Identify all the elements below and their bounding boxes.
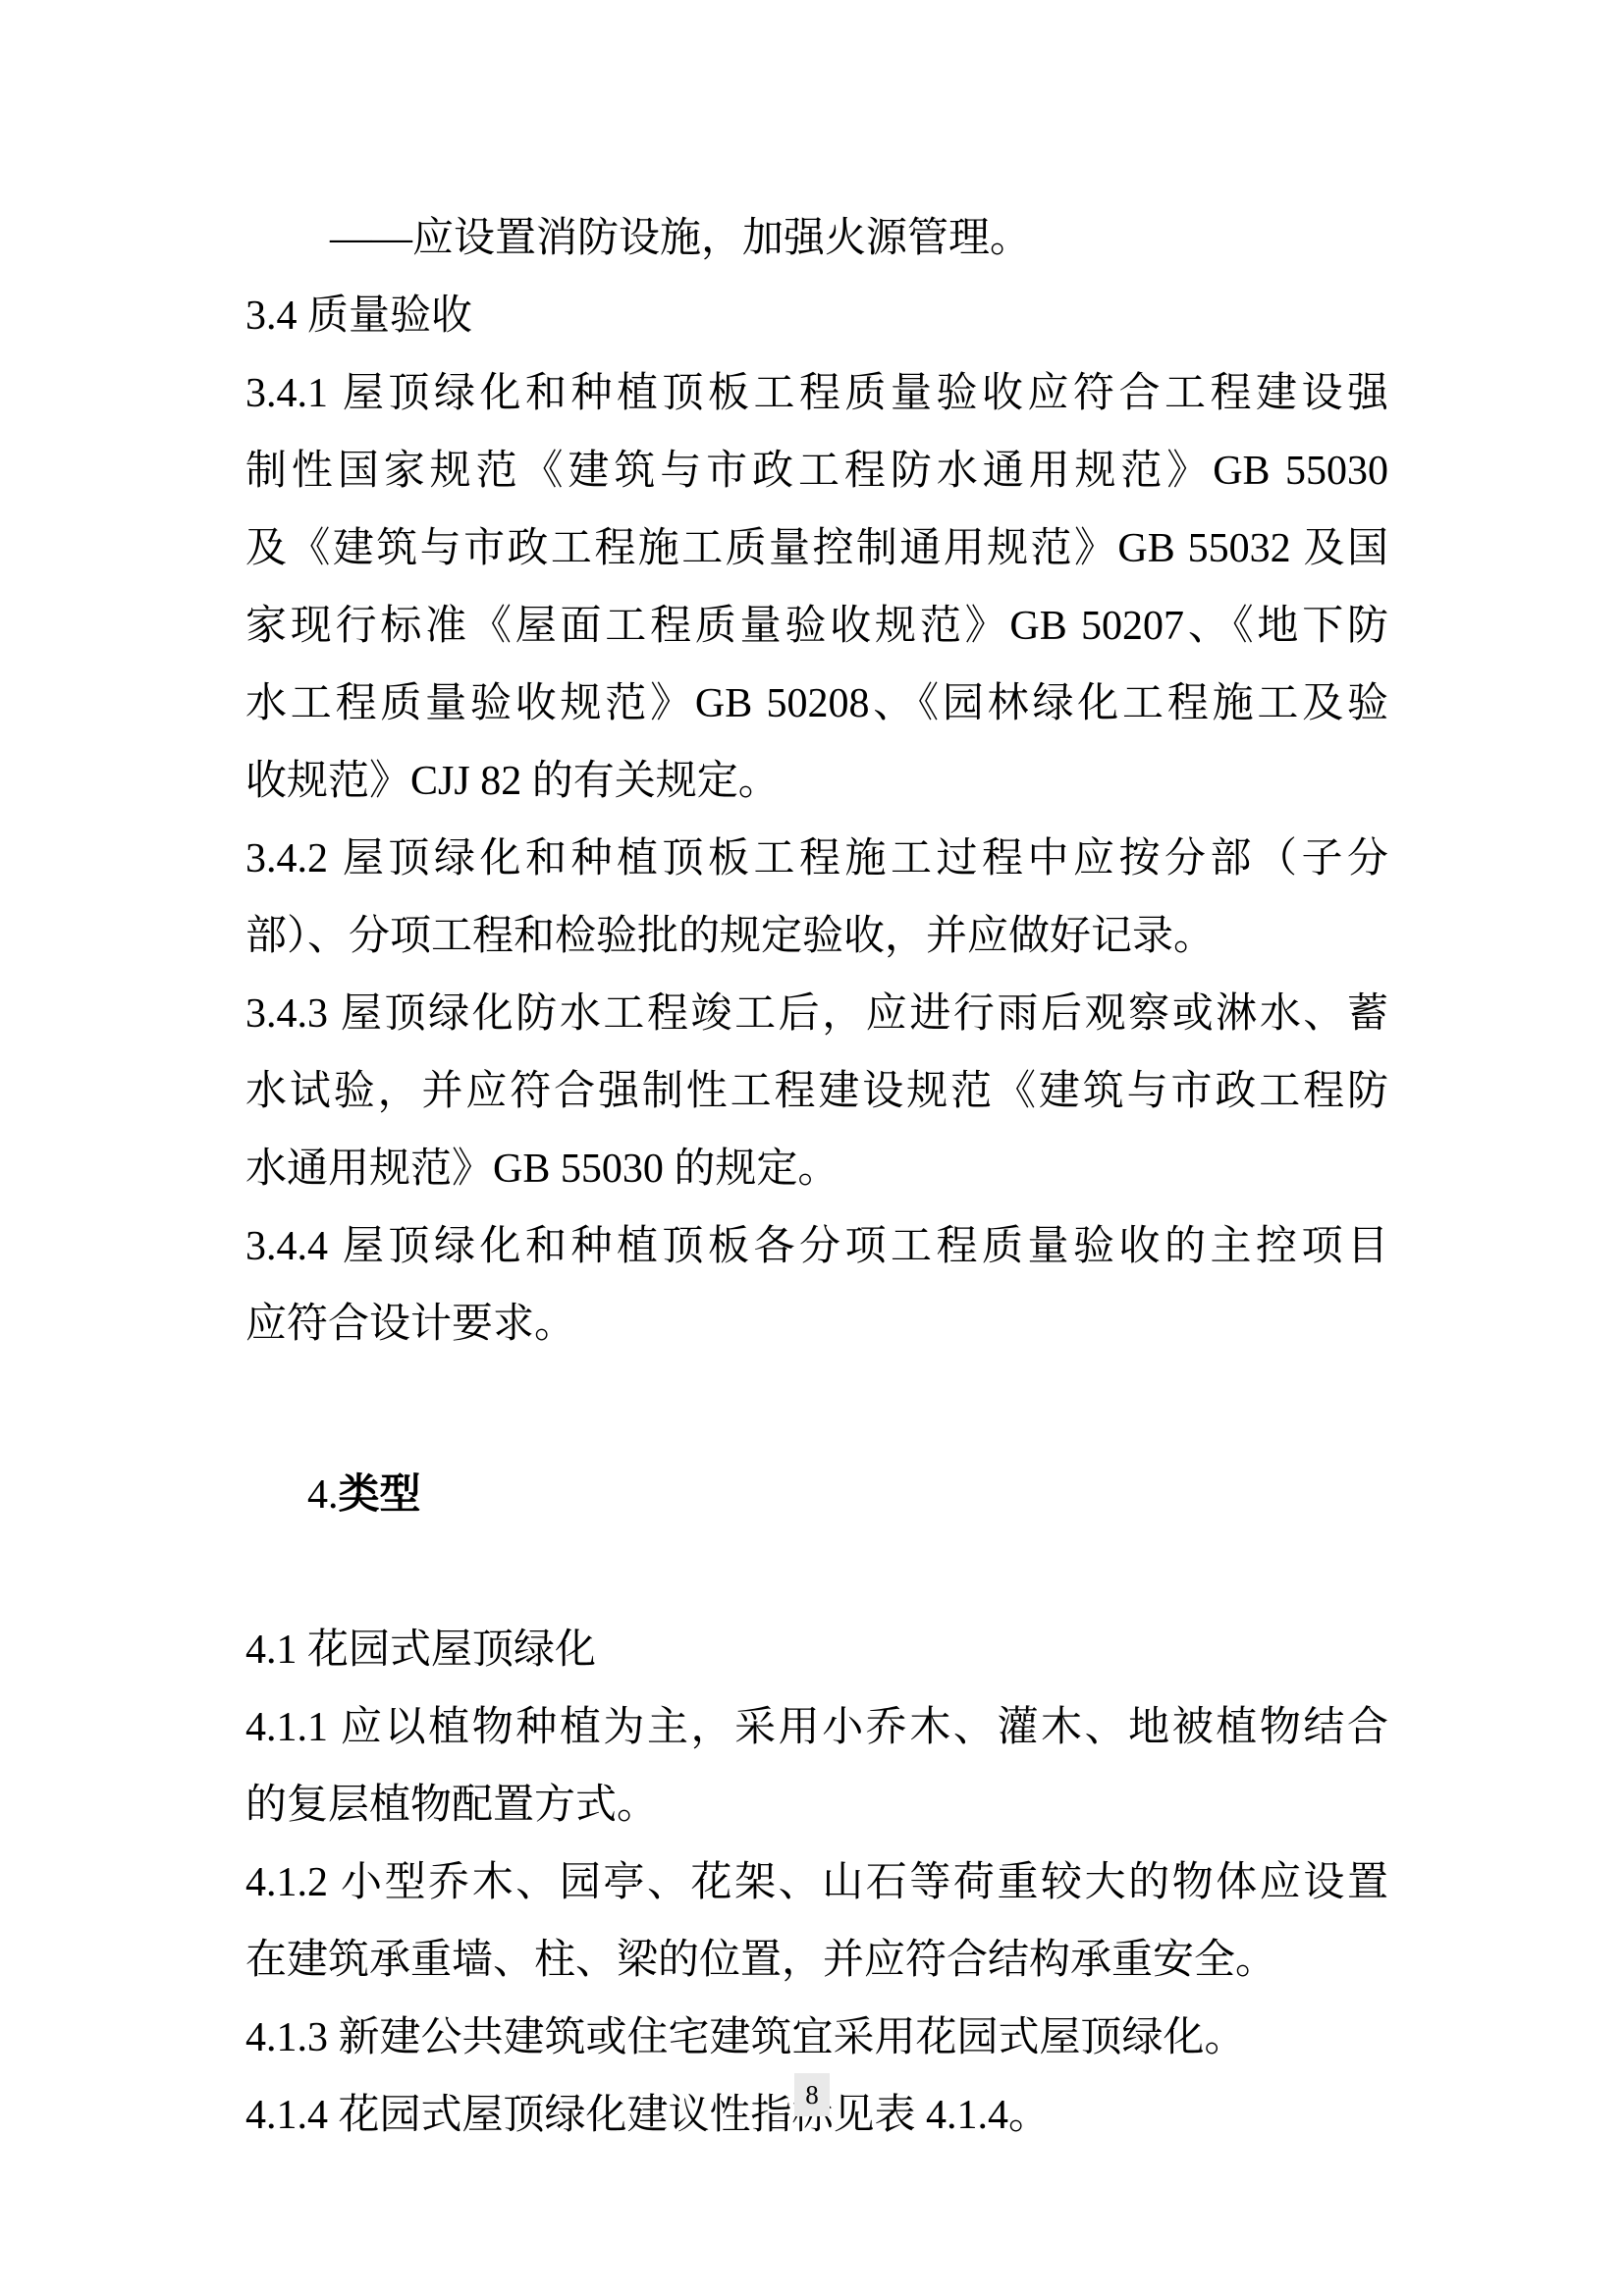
heading-4-1: 4.1 花园式屋顶绿化	[245, 1612, 1388, 1689]
clause-3-4-1-l3: 及《建筑与市政工程施工质量控制通用规范》GB 55032 及国	[245, 510, 1388, 588]
clause-3-4-3-l3: 水通用规范》GB 55030 的规定。	[245, 1131, 1388, 1208]
clause-3-4-1-l5: 水工程质量验收规范》GB 50208、《园林绿化工程施工及验	[245, 666, 1388, 743]
section-title: 类型	[339, 1470, 421, 1517]
clause-4-1-2-l2: 在建筑承重墙、柱、梁的位置，并应符合结构承重安全。	[245, 1922, 1388, 2000]
clause-3-4-4-l2: 应符合设计要求。	[245, 1286, 1388, 1363]
section-number: 4.	[307, 1472, 339, 1518]
clause-4-1-3: 4.1.3 新建公共建筑或住宅建筑宜采用花园式屋顶绿化。	[245, 2000, 1388, 2077]
heading-3-4: 3.4 质量验收	[245, 278, 1388, 355]
page-number: 8	[794, 2073, 830, 2116]
page-footer: 8	[0, 2073, 1624, 2116]
clause-3-4-3-l2: 水试验，并应符合强制性工程建设规范《建筑与市政工程防	[245, 1053, 1388, 1131]
section-heading-4: 4.类型	[245, 1377, 1388, 1612]
clause-3-4-4-l1: 3.4.4 屋顶绿化和种植顶板各分项工程质量验收的主控项目	[245, 1208, 1388, 1286]
document-page: ——应设置消防设施，加强火源管理。 3.4 质量验收 3.4.1 屋顶绿化和种植…	[0, 0, 1624, 2296]
clause-3-4-2-l1: 3.4.2 屋顶绿化和种植顶板工程施工过程中应按分部（子分	[245, 821, 1388, 898]
document-body: ——应设置消防设施，加强火源管理。 3.4 质量验收 3.4.1 屋顶绿化和种植…	[245, 200, 1388, 2155]
clause-4-1-1-l2: 的复层植物配置方式。	[245, 1767, 1388, 1844]
clause-3-4-3-l1: 3.4.3 屋顶绿化防水工程竣工后，应进行雨后观察或淋水、蓄	[245, 976, 1388, 1053]
clause-3-4-1-l6: 收规范》CJJ 82 的有关规定。	[245, 743, 1388, 821]
clause-3-4-1-l2: 制性国家规范《建筑与市政工程防水通用规范》GB 55030	[245, 433, 1388, 510]
clause-4-1-1-l1: 4.1.1 应以植物种植为主，采用小乔木、灌木、地被植物结合	[245, 1689, 1388, 1767]
clause-4-1-2-l1: 4.1.2 小型乔木、园亭、花架、山石等荷重较大的物体应设置	[245, 1844, 1388, 1922]
dash-note-line: ——应设置消防设施，加强火源管理。	[245, 200, 1388, 278]
clause-3-4-2-l2: 部）、分项工程和检验批的规定验收，并应做好记录。	[245, 898, 1388, 976]
clause-3-4-1-l4: 家现行标准《屋面工程质量验收规范》GB 50207、《地下防	[245, 588, 1388, 666]
clause-3-4-1-l1: 3.4.1 屋顶绿化和种植顶板工程质量验收应符合工程建设强	[245, 355, 1388, 433]
